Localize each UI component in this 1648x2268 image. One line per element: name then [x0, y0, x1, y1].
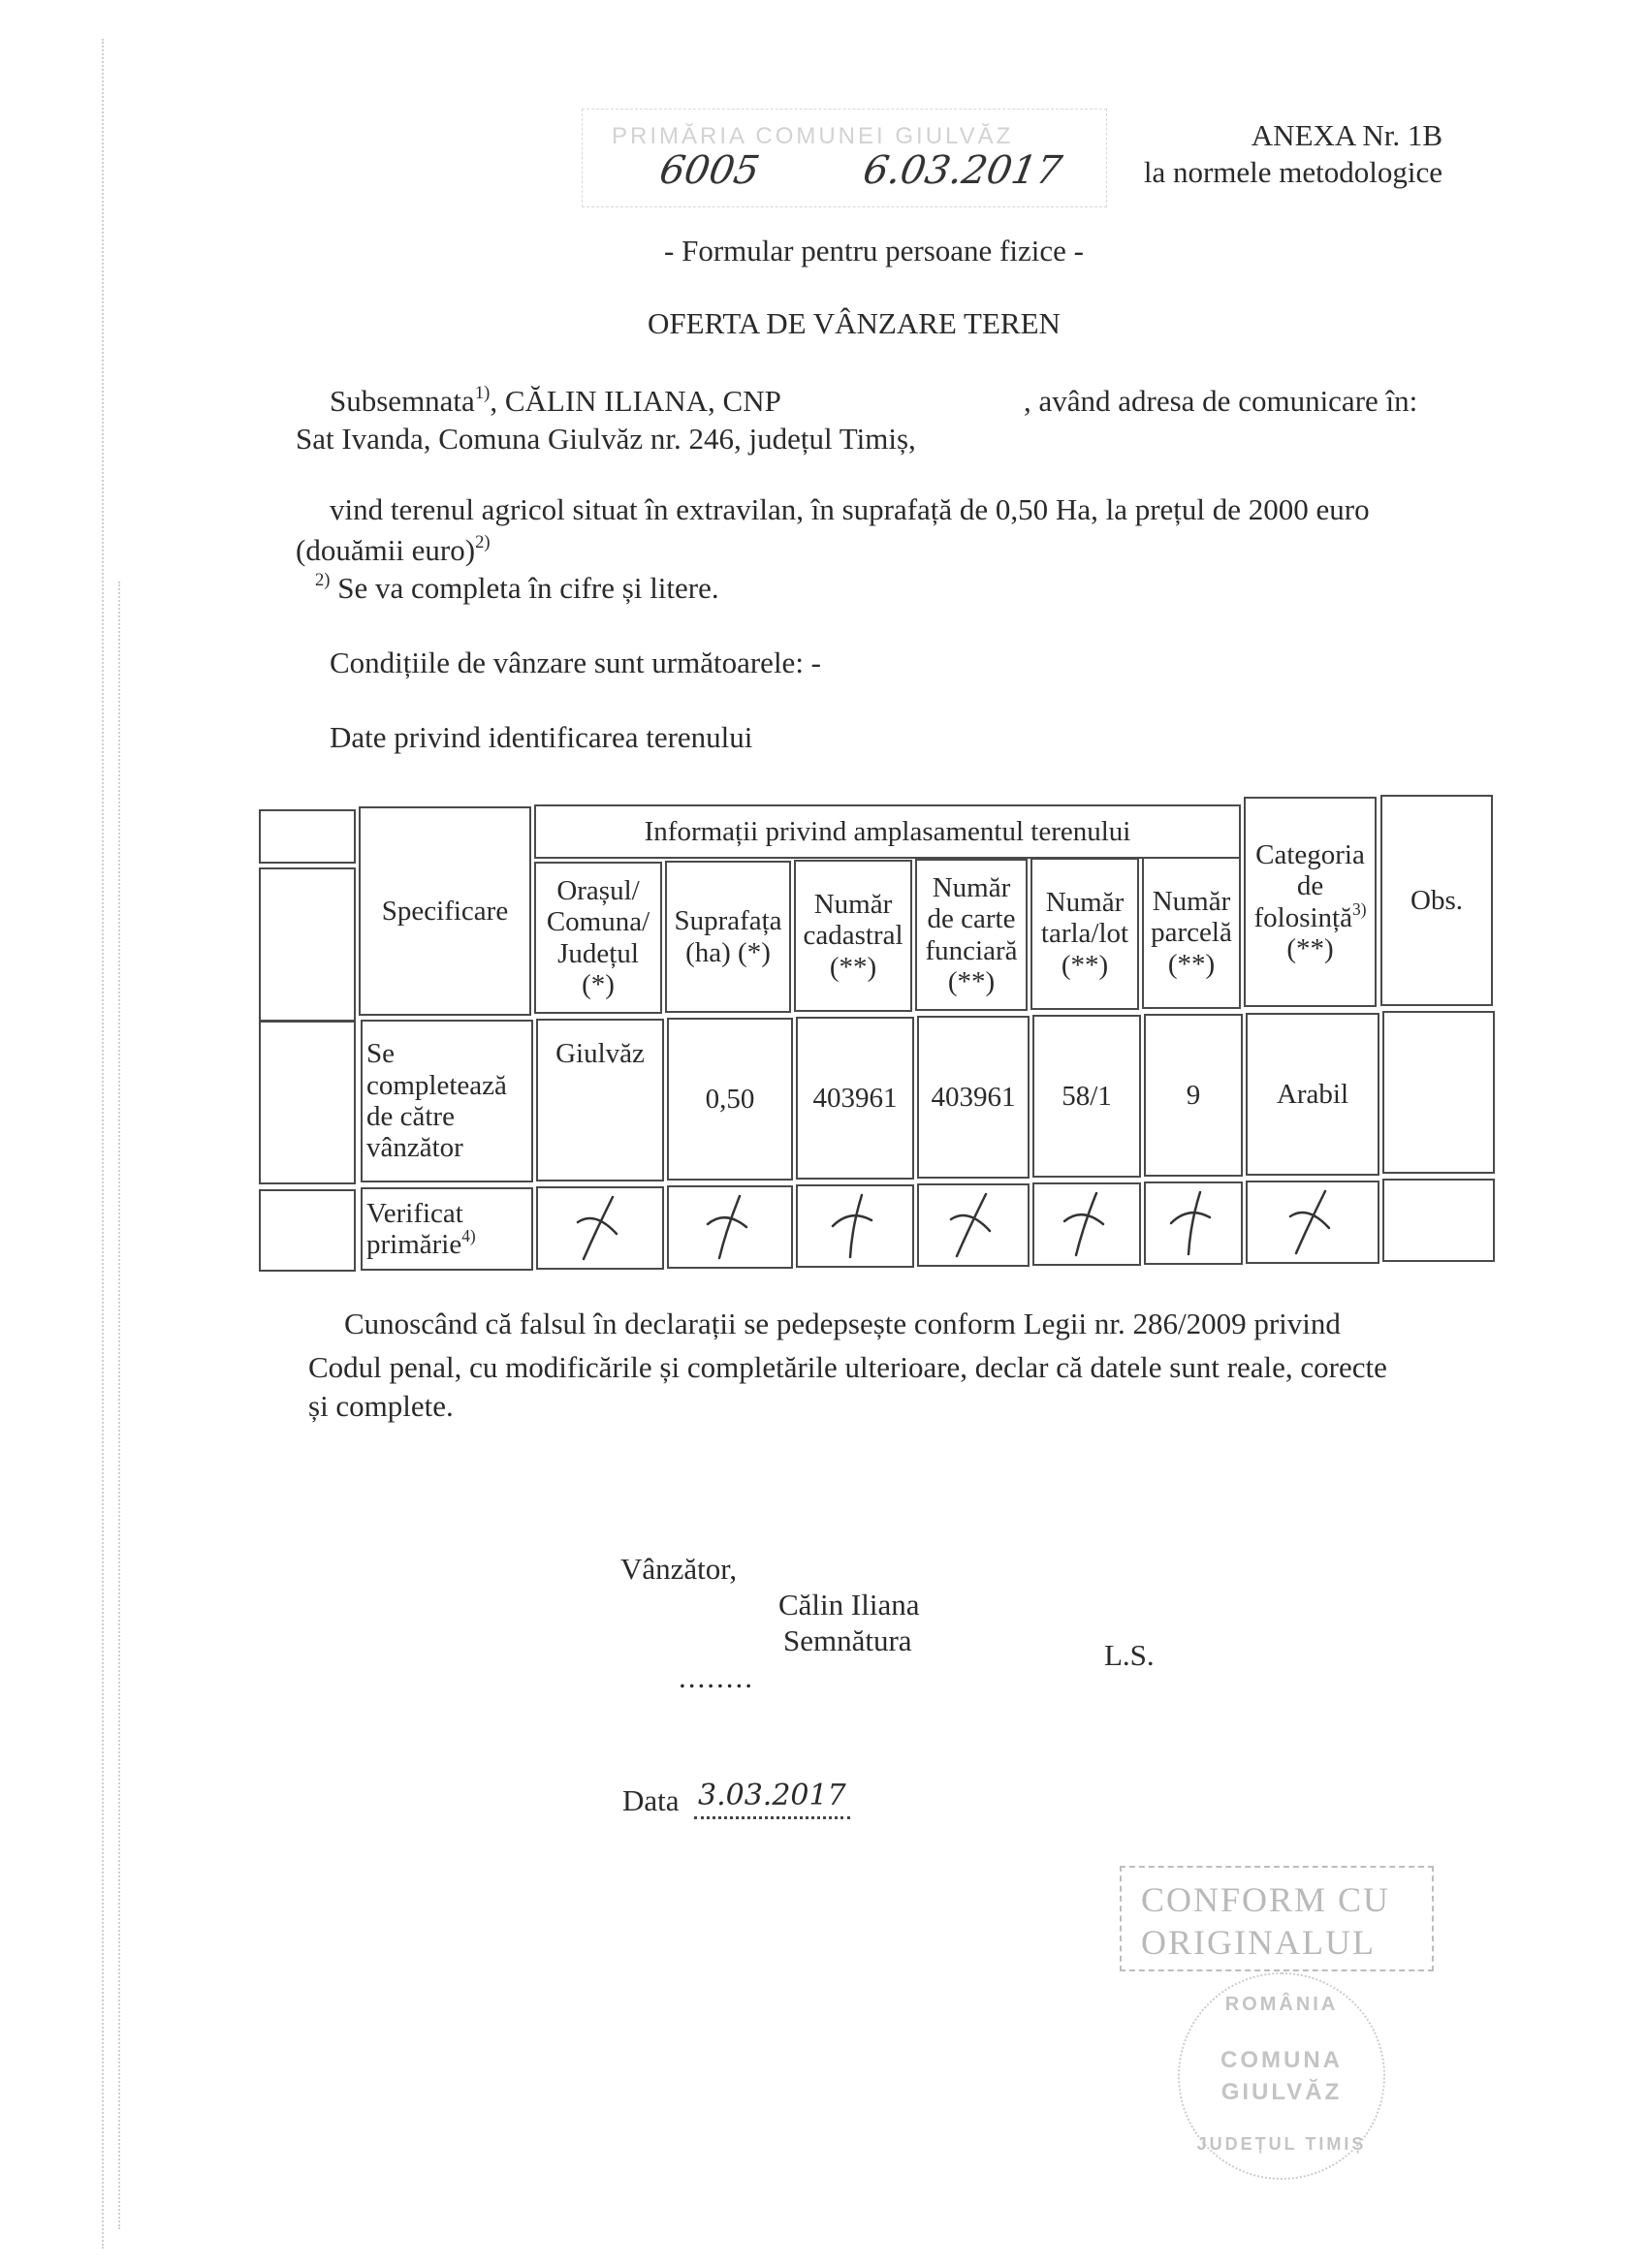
row-label-seller: Secompleteazăde cătrevânzător [361, 1020, 533, 1182]
cell-cadastral: 403961 [796, 1017, 914, 1180]
date-label: Data [622, 1785, 680, 1815]
seal-line-1: COMUNA [1180, 2047, 1383, 2074]
cell-obs-verified [1382, 1179, 1495, 1262]
registration-number: 6005 [656, 148, 763, 193]
cell-tarla: 58/1 [1032, 1015, 1141, 1178]
seal-placeholder: L.S. [1104, 1640, 1155, 1670]
address-lead: , având adresa de comunicare în: [1024, 386, 1417, 416]
header-tarla: Numărtarla/lot(**) [1030, 858, 1139, 1010]
municipality-seal: ROMÂNIA COMUNA GIULVĂZ JUDEȚUL TIMIȘ [1178, 1972, 1385, 2180]
signature-line: ........ [679, 1662, 754, 1692]
declaration-line-3: și complete. [308, 1391, 454, 1421]
annex-subtitle: la normele metodologice [1144, 157, 1442, 187]
seller-role: Vânzător, [620, 1554, 737, 1584]
price-words: (douămii euro) [296, 533, 475, 567]
registration-stamp: PRIMĂRIA COMUNEI GIULVĂZ 6005 6.03.2017 [582, 109, 1107, 207]
seal-line-2: GIULVĂZ [1180, 2079, 1383, 2106]
header-group-location: Informații privind amplasamentul terenul… [534, 804, 1241, 859]
identification-heading: Date privind identificarea terenului [330, 722, 752, 752]
footnote-marker: 2) [315, 570, 331, 590]
footnote-2: 2) Se va completa în cifre și litere. [315, 573, 719, 603]
document-title: OFERTA DE VÂNZARE TEREN [648, 308, 1061, 338]
registration-stamp-text: PRIMĂRIA COMUNEI GIULVĂZ [612, 123, 1013, 150]
declaration-line-2: Codul penal, cu modificările și completă… [308, 1352, 1387, 1382]
seal-bottom: JUDEȚUL TIMIȘ [1180, 2134, 1383, 2155]
blank-cell [259, 867, 356, 1023]
blank-cell [259, 1189, 356, 1272]
intro-line: Subsemnata1), CĂLIN ILIANA, CNP [330, 386, 781, 416]
handwritten-check-icon [1279, 1183, 1347, 1261]
stamp-line-1: CONFORM CU [1141, 1879, 1390, 1920]
verify-mark-cell [796, 1184, 914, 1268]
form-type: - Formular pentru persoane fizice - [664, 236, 1084, 266]
registration-date: 6.03.2017 [860, 148, 1065, 193]
header-suprafata: Suprafața(ha) (*) [665, 861, 791, 1013]
certified-copy-stamp: CONFORM CU ORIGINALUL [1120, 1866, 1434, 1971]
offer-line: vind terenul agricol situat în extravila… [330, 494, 1370, 524]
footnote-ref: 1) [475, 383, 491, 403]
header-specificare: Specificare [359, 806, 531, 1016]
header-oras: Orașul/Comuna/Județul(*) [534, 862, 662, 1014]
blank-cell [259, 809, 356, 864]
header-parcela: Numărparcelă(**) [1142, 857, 1241, 1009]
handwritten-check-icon [939, 1186, 1007, 1264]
footnote-ref: 2) [475, 532, 491, 552]
header-obs: Obs. [1380, 795, 1493, 1006]
verify-mark-cell [667, 1185, 793, 1269]
seller-address: Sat Ivanda, Comuna Giulvăz nr. 246, jude… [296, 424, 916, 454]
cell-oras: Giulvăz [536, 1019, 664, 1181]
intro-lead: Subsemnata [330, 384, 475, 418]
verify-mark-cell [536, 1186, 664, 1270]
header-carte-funciara: Numărde cartefunciară(**) [915, 859, 1028, 1011]
cell-suprafata: 0,50 [667, 1018, 793, 1181]
verify-mark-cell [1144, 1181, 1243, 1265]
footnote-text: Se va completa în cifre și litere. [331, 571, 719, 605]
date-value: 3.03.2017 [694, 1779, 850, 1819]
stamp-line-2: ORIGINALUL [1141, 1922, 1376, 1963]
seller-name: , CĂLIN ILIANA, CNP [490, 384, 781, 418]
sale-conditions: Condițiile de vânzare sunt următoarele: … [330, 647, 821, 677]
handwritten-check-icon [1053, 1185, 1121, 1263]
seller-signature-name: Călin Iliana [778, 1590, 919, 1620]
cell-categoria: Arabil [1246, 1013, 1379, 1176]
handwritten-check-icon [566, 1189, 634, 1267]
handwritten-check-icon [821, 1187, 889, 1265]
header-categoria: Categoriadefolosință3)(**) [1244, 797, 1377, 1007]
verify-mark-cell [1032, 1182, 1141, 1266]
blank-cell [259, 1020, 356, 1184]
cell-parcela: 9 [1144, 1014, 1243, 1177]
handwritten-check-icon [696, 1188, 764, 1266]
verify-mark-cell [917, 1183, 1030, 1267]
verify-mark-cell [1246, 1181, 1379, 1264]
declaration-line-1: Cunoscând că falsul în declarații se ped… [344, 1308, 1341, 1339]
annex-number: ANEXA Nr. 1B [1252, 120, 1442, 150]
seal-top: ROMÂNIA [1180, 1994, 1383, 2016]
header-cadastral: Numărcadastral(**) [794, 860, 912, 1012]
row-label-verified: Verificatprimărie4) [361, 1187, 533, 1271]
scan-margin-line [102, 39, 104, 2249]
cell-carte-funciara: 403961 [917, 1016, 1030, 1179]
scan-margin-line [118, 582, 120, 2229]
handwritten-check-icon [1159, 1184, 1227, 1262]
price-in-words: (douămii euro)2) [296, 535, 491, 565]
cell-obs [1382, 1011, 1495, 1174]
signature-label: Semnătura [783, 1625, 912, 1655]
